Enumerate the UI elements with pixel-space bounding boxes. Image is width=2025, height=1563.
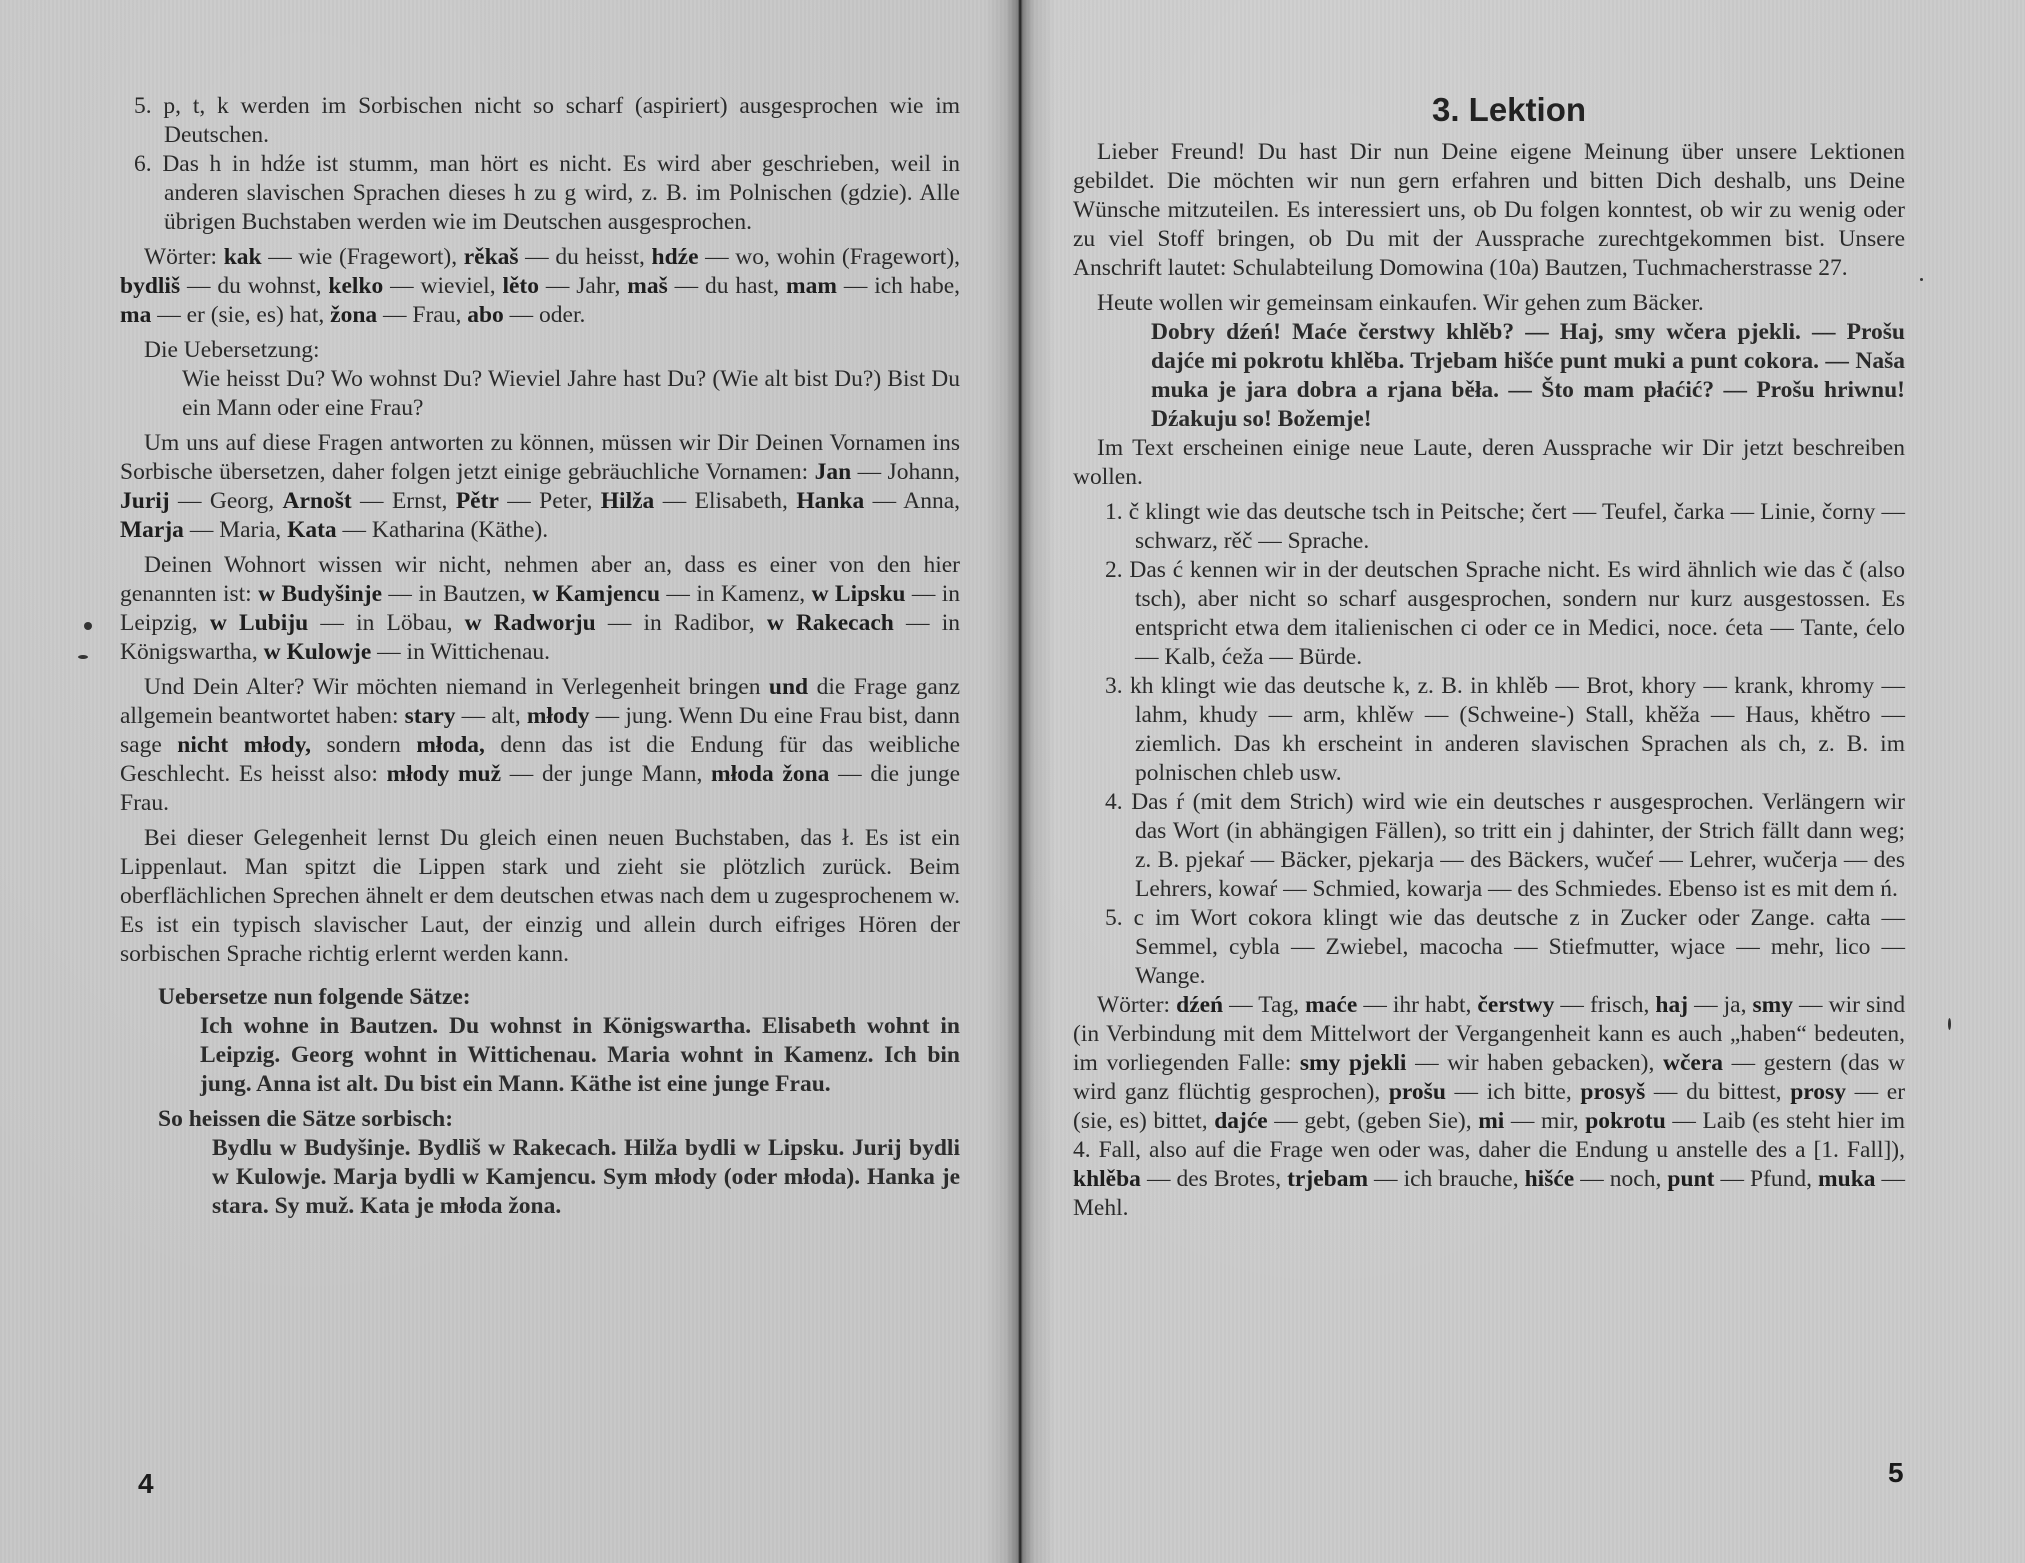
page-number-right: 5 bbox=[1888, 1457, 1904, 1489]
sorbian-word: Marja bbox=[120, 517, 184, 543]
translation: Anna, bbox=[903, 488, 960, 514]
translation: frisch, bbox=[1590, 992, 1649, 1018]
item-number: 6. bbox=[134, 151, 152, 177]
book-gutter bbox=[985, 0, 1055, 1563]
sorbian-word: Kata bbox=[287, 517, 337, 543]
lesson-title: 3. Lektion bbox=[1113, 90, 1905, 130]
sorbian-word: Jurij bbox=[120, 488, 170, 514]
ink-speck bbox=[84, 622, 92, 630]
text: sondern bbox=[326, 732, 400, 758]
sorbian-word: stary bbox=[405, 703, 456, 729]
translation: ich brauche, bbox=[1404, 1166, 1519, 1192]
text: Und Dein Alter? Wir möchten niemand in V… bbox=[144, 674, 760, 700]
sorbian-word: Arnošt bbox=[282, 488, 351, 514]
translation: Frau, bbox=[412, 302, 461, 328]
translation: der junge Mann, bbox=[542, 761, 702, 787]
ink-speck bbox=[1948, 1018, 1951, 1030]
sorbian-word: Jan bbox=[815, 459, 852, 485]
sound-item-2: 2. Das ć kennen wir in der deutschen Spr… bbox=[1073, 556, 1905, 672]
sound-item-5: 5. c im Wort cokora klingt wie das deuts… bbox=[1073, 904, 1905, 991]
sorbian-word: Hilža bbox=[601, 488, 655, 514]
sorbian-word: młoda žona bbox=[711, 761, 829, 787]
translation: in Radibor, bbox=[644, 610, 755, 636]
intro-paragraph: Lieber Freund! Du hast Dir nun Deine eig… bbox=[1073, 138, 1905, 283]
translation: in Bautzen, bbox=[418, 581, 526, 607]
sorbian-word: mi bbox=[1478, 1108, 1504, 1134]
translation-label: Die Uebersetzung: bbox=[120, 336, 960, 365]
names-paragraph: Um uns auf diese Fragen antworten zu kön… bbox=[120, 429, 960, 545]
translation: Katharina (Käthe). bbox=[372, 517, 548, 543]
age-paragraph: Und Dein Alter? Wir möchten niemand in V… bbox=[120, 673, 960, 818]
answer-label: So heissen die Sätze sorbisch: bbox=[120, 1105, 960, 1134]
sorbian-word: prošu bbox=[1389, 1079, 1446, 1105]
sorbian-word: bydliš bbox=[120, 273, 180, 299]
numbered-item-6: 6. Das h in hdźe ist stumm, man hört es … bbox=[120, 150, 960, 237]
sorbian-word: dajće bbox=[1214, 1108, 1268, 1134]
numbered-item-5: 5. p, t, k werden im Sorbischen nicht so… bbox=[120, 92, 960, 150]
sorbian-word: w Radworju bbox=[465, 610, 596, 636]
translation: ihr habt, bbox=[1393, 992, 1471, 1018]
sorbian-word: prosy bbox=[1790, 1079, 1846, 1105]
translation: du bittest, bbox=[1686, 1079, 1781, 1105]
translation: ich bitte, bbox=[1487, 1079, 1572, 1105]
left-page-text: 5. p, t, k werden im Sorbischen nicht so… bbox=[120, 92, 960, 1221]
sorbian-word: rěkaš bbox=[464, 244, 519, 270]
dialogue-text: Dobry dźeń! Maće čerstwy khlěb? — Haj, s… bbox=[1073, 318, 1905, 434]
sorbian-word: młody muž bbox=[387, 761, 501, 787]
translation: Jahr, bbox=[576, 273, 620, 299]
sorbian-word: hdźe bbox=[652, 244, 699, 270]
translation: Elisabeth, bbox=[695, 488, 788, 514]
sound-item-4: 4. Das ŕ (mit dem Strich) wird wie ein d… bbox=[1073, 788, 1905, 904]
translation: noch, bbox=[1610, 1166, 1662, 1192]
sorbian-word: prosyš bbox=[1580, 1079, 1645, 1105]
answer-text: Bydlu w Budyšinje. Bydliš w Rakecach. Hi… bbox=[120, 1134, 960, 1221]
translation: du wohnst, bbox=[217, 273, 321, 299]
translation: Ernst, bbox=[392, 488, 447, 514]
sorbian-word: khlěba bbox=[1073, 1166, 1141, 1192]
vocabulary-paragraph: Wörter: kak — wie (Fragewort), rěkaš — d… bbox=[120, 243, 960, 330]
translation: gebt, (geben Sie), bbox=[1304, 1108, 1471, 1134]
sorbian-word: dźeń bbox=[1176, 992, 1223, 1018]
sorbian-word: lěto bbox=[502, 273, 539, 299]
sorbian-word: maće bbox=[1305, 992, 1357, 1018]
sorbian-word: hišće bbox=[1525, 1166, 1575, 1192]
translation: in Löbau, bbox=[356, 610, 452, 636]
vocabulary-label: Wörter: bbox=[1097, 992, 1170, 1018]
translation: du hast, bbox=[705, 273, 779, 299]
translation: Georg, bbox=[210, 488, 274, 514]
sorbian-word: abo bbox=[467, 302, 504, 328]
text: Bei dieser Gelegenheit lernst Du gleich … bbox=[144, 825, 855, 851]
sorbian-word: haj bbox=[1655, 992, 1688, 1018]
translation: Mehl. bbox=[1073, 1195, 1128, 1221]
text: und bbox=[769, 674, 808, 700]
item-text: Das h in hdźe ist stumm, man hört es nic… bbox=[162, 151, 960, 235]
sound-item-3: 3. kh klingt wie das deutsche k, z. B. i… bbox=[1073, 672, 1905, 788]
translation: mir, bbox=[1541, 1108, 1579, 1134]
exercise-text: Ich wohne in Bautzen. Du wohnst in König… bbox=[120, 1012, 960, 1099]
item-text: c im Wort cokora klingt wie das deutsche… bbox=[1134, 905, 1905, 989]
sorbian-word: kelko bbox=[328, 273, 383, 299]
sound-item-1: 1. č klingt wie das deutsche tsch in Pei… bbox=[1073, 498, 1905, 556]
translation: Pfund, bbox=[1750, 1166, 1812, 1192]
sorbian-word: młoda, bbox=[416, 732, 485, 758]
item-number: 1. bbox=[1105, 499, 1123, 525]
translation: wie (Fragewort), bbox=[298, 244, 457, 270]
translation: in Wittichenau. bbox=[407, 639, 551, 665]
item-number: 5. bbox=[1105, 905, 1123, 931]
sorbian-word: ma bbox=[120, 302, 151, 328]
translation: Maria, bbox=[219, 517, 281, 543]
item-text: č klingt wie das deutsche tsch in Peitsc… bbox=[1129, 499, 1905, 554]
item-number: 3. bbox=[1105, 673, 1123, 699]
translation: Peter, bbox=[539, 488, 592, 514]
sorbian-word: w Rakecach bbox=[767, 610, 894, 636]
letter-paragraph: Bei dieser Gelegenheit lernst Du gleich … bbox=[120, 824, 960, 969]
translation: wo, wohin (Fragewort), bbox=[735, 244, 960, 270]
sorbian-word: punt bbox=[1667, 1166, 1714, 1192]
sorbian-word: w Budyšinje bbox=[258, 581, 382, 607]
item-text: p, t, k werden im Sorbischen nicht so sc… bbox=[163, 93, 960, 148]
sorbian-word: w Lubiju bbox=[210, 610, 308, 636]
ink-speck bbox=[78, 655, 88, 659]
sorbian-word: mam bbox=[786, 273, 837, 299]
translation: wieviel, bbox=[421, 273, 496, 299]
sorbian-word: trjebam bbox=[1287, 1166, 1368, 1192]
exercise-label: Uebersetze nun folgende Sätze: bbox=[120, 983, 960, 1012]
item-number: 4. bbox=[1105, 789, 1123, 815]
translation: ich habe, bbox=[874, 273, 960, 299]
text: Es heisst also: bbox=[239, 761, 378, 787]
translation: alt, bbox=[491, 703, 520, 729]
sorbian-word: Hanka bbox=[796, 488, 864, 514]
sounds-intro: Im Text erscheinen einige neue Laute, de… bbox=[1073, 434, 1905, 492]
translation: des Brotes, bbox=[1176, 1166, 1281, 1192]
vocabulary-label: Wörter: bbox=[144, 244, 217, 270]
sorbian-word: nicht młody, bbox=[177, 732, 311, 758]
translation: ja, bbox=[1724, 992, 1747, 1018]
sorbian-word: smy pjekli bbox=[1300, 1050, 1407, 1076]
translation: Tag, bbox=[1258, 992, 1299, 1018]
translation: wir haben gebacken), bbox=[1447, 1050, 1654, 1076]
sorbian-word: čerstwy bbox=[1477, 992, 1554, 1018]
places-paragraph: Deinen Wohnort wissen wir nicht, nehmen … bbox=[120, 551, 960, 667]
item-number: 5. bbox=[134, 93, 152, 119]
sorbian-word: w Kamjencu bbox=[532, 581, 660, 607]
page-number-left: 4 bbox=[138, 1468, 154, 1500]
sorbian-word: muka bbox=[1818, 1166, 1875, 1192]
sorbian-word: kak bbox=[224, 244, 262, 270]
ink-speck bbox=[1920, 278, 1923, 281]
item-text: kh klingt wie das deutsche k, z. B. in k… bbox=[1130, 673, 1905, 786]
item-text: Das ŕ (mit dem Strich) wird wie ein deut… bbox=[1131, 789, 1905, 902]
sorbian-word: žona bbox=[330, 302, 377, 328]
sorbian-word: maš bbox=[627, 273, 667, 299]
sorbian-word: młody bbox=[527, 703, 590, 729]
sorbian-word: pokrotu bbox=[1585, 1108, 1666, 1134]
sorbian-word: w Lipsku bbox=[812, 581, 906, 607]
translation: er (sie, es) hat, bbox=[187, 302, 325, 328]
sorbian-word: smy bbox=[1753, 992, 1793, 1018]
item-number: 2. bbox=[1105, 557, 1123, 583]
right-page-text: 3. Lektion Lieber Freund! Du hast Dir nu… bbox=[1073, 90, 1905, 1223]
sorbian-word: wčera bbox=[1663, 1050, 1723, 1076]
sorbian-word: w Kulowje bbox=[264, 639, 372, 665]
translation: in Kamenz, bbox=[696, 581, 805, 607]
vocabulary-paragraph: Wörter: dźeń — Tag, maće — ihr habt, čer… bbox=[1073, 991, 1905, 1223]
translation-text: Wie heisst Du? Wo wohnst Du? Wieviel Jah… bbox=[120, 365, 960, 423]
translation: du heisst, bbox=[555, 244, 645, 270]
item-text: Das ć kennen wir in der deutschen Sprach… bbox=[1129, 557, 1905, 670]
translation: Johann, bbox=[888, 459, 960, 485]
shopping-intro: Heute wollen wir gemeinsam einkaufen. Wi… bbox=[1073, 289, 1905, 318]
sorbian-word: Pětr bbox=[456, 488, 499, 514]
translation: oder. bbox=[539, 302, 585, 328]
